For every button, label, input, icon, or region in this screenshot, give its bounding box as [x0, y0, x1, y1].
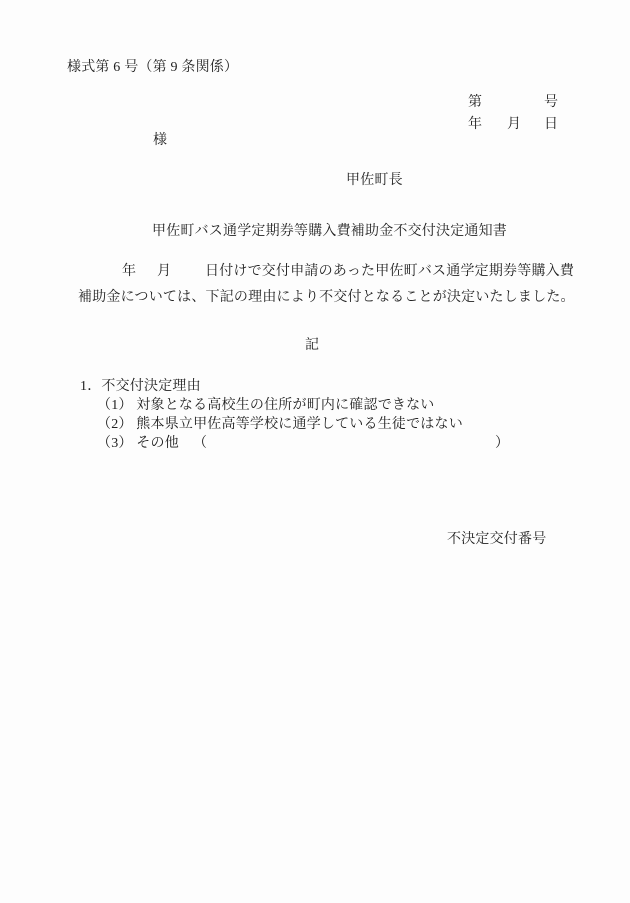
reason-item-2: （2） 熊本県立甲佐高等学校に通学している生徒ではない — [97, 417, 463, 434]
reasons-heading: 1．不交付決定理由 — [80, 379, 201, 396]
date-month-label: 月 — [507, 117, 521, 134]
body-line-1-text: 日付けで交付申請のあった甲佐町バス通学定期券等購入費 — [205, 264, 574, 281]
document-title: 甲佐町バス通学定期券等購入費補助金不交付決定通知書 — [152, 224, 507, 241]
body-line-2: 補助金については、下記の理由により不交付となることが決定いたしました。 — [78, 290, 575, 307]
date-day-label: 日 — [544, 117, 558, 134]
body-date-year: 年 — [122, 264, 136, 281]
reason-item-1: （1） 対象となる高校生の住所が町内に確認できない — [97, 398, 435, 415]
reason-item-3-close-paren: ） — [495, 436, 509, 453]
reason-item-3-open-paren: （ — [193, 436, 207, 453]
footer-label: 不決定交付番号 — [447, 532, 546, 549]
addressee-honorific: 様 — [153, 133, 167, 150]
date-year-label: 年 — [468, 117, 482, 134]
sender-title: 甲佐町長 — [346, 173, 403, 190]
document-page: 様式第 6 号（第 9 条関係） 第 号 年 月 日 様 甲佐町長 甲佐町バス通… — [0, 0, 630, 903]
record-marker: 記 — [305, 338, 319, 355]
body-date-month: 月 — [157, 264, 171, 281]
form-number: 様式第 6 号（第 9 条関係） — [67, 60, 238, 77]
reason-item-3-label: （3） その他 — [97, 436, 179, 453]
doc-number-prefix: 第 — [468, 95, 482, 112]
doc-number-suffix: 号 — [544, 95, 558, 112]
